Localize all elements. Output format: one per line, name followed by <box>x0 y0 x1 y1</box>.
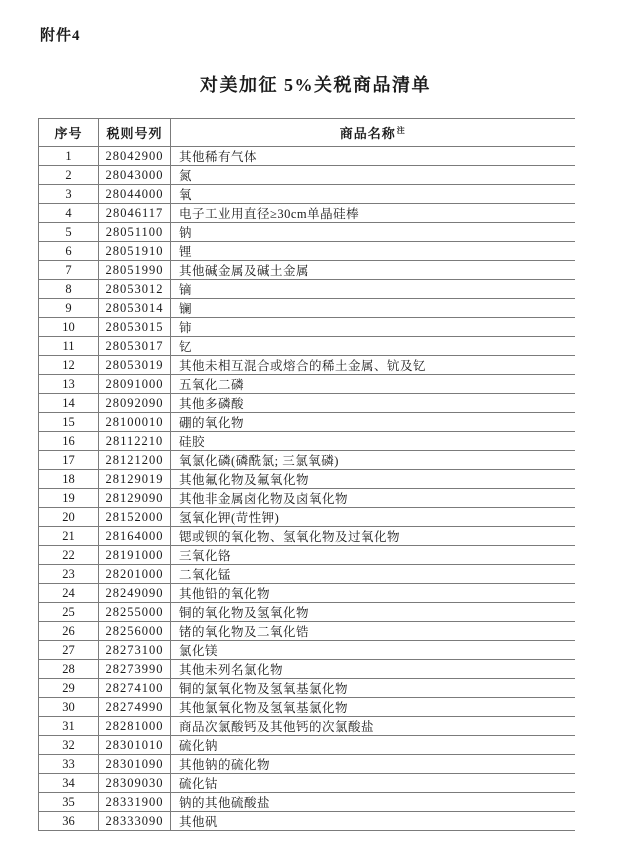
row-tariff-code: 28309030 <box>99 774 171 793</box>
row-product-name: 锶或钡的氧化物、氢氧化物及过氧化物 <box>171 527 575 546</box>
row-index: 7 <box>39 261 99 280</box>
table-row: 1228053019其他未相互混合或熔合的稀土金属、钪及钇 <box>39 356 575 375</box>
table-row: 2428249090其他铅的氧化物 <box>39 584 575 603</box>
col-header-code: 税则号列 <box>99 119 171 147</box>
row-index: 1 <box>39 147 99 166</box>
row-index: 12 <box>39 356 99 375</box>
row-tariff-code: 28256000 <box>99 622 171 641</box>
row-product-name: 其他氯氧化物及氢氧基氯化物 <box>171 698 575 717</box>
row-product-name: 锂 <box>171 242 575 261</box>
row-tariff-code: 28273100 <box>99 641 171 660</box>
row-index: 30 <box>39 698 99 717</box>
table-row: 3328301090其他钠的硫化物 <box>39 755 575 774</box>
row-tariff-code: 28053019 <box>99 356 171 375</box>
row-index: 9 <box>39 299 99 318</box>
table-row: 2528255000铜的氧化物及氢氧化物 <box>39 603 575 622</box>
row-product-name: 钠的其他硫酸盐 <box>171 793 575 812</box>
table-row: 428046117电子工业用直径≥30cm单晶硅棒 <box>39 204 575 223</box>
row-product-name: 钇 <box>171 337 575 356</box>
row-product-name: 铜的氧化物及氢氧化物 <box>171 603 575 622</box>
row-tariff-code: 28273990 <box>99 660 171 679</box>
row-product-name: 其他多磷酸 <box>171 394 575 413</box>
row-tariff-code: 28100010 <box>99 413 171 432</box>
table-row: 2728273100氯化镁 <box>39 641 575 660</box>
row-tariff-code: 28255000 <box>99 603 171 622</box>
table-row: 1328091000五氧化二磷 <box>39 375 575 394</box>
row-tariff-code: 28091000 <box>99 375 171 394</box>
row-tariff-code: 28053014 <box>99 299 171 318</box>
row-index: 36 <box>39 812 99 831</box>
row-index: 4 <box>39 204 99 223</box>
row-product-name: 二氧化锰 <box>171 565 575 584</box>
row-tariff-code: 28051990 <box>99 261 171 280</box>
table-row: 1728121200氧氯化磷(磷酰氯; 三氯氧磷) <box>39 451 575 470</box>
row-index: 28 <box>39 660 99 679</box>
row-tariff-code: 28201000 <box>99 565 171 584</box>
table-body: 128042900其他稀有气体228043000氮328044000氧42804… <box>39 147 575 831</box>
row-index: 26 <box>39 622 99 641</box>
table-row: 128042900其他稀有气体 <box>39 147 575 166</box>
row-tariff-code: 28053017 <box>99 337 171 356</box>
row-tariff-code: 28053015 <box>99 318 171 337</box>
row-product-name: 氯化镁 <box>171 641 575 660</box>
row-tariff-code: 28274990 <box>99 698 171 717</box>
table-row: 328044000氧 <box>39 185 575 204</box>
row-product-name: 氧氯化磷(磷酰氯; 三氯氧磷) <box>171 451 575 470</box>
row-product-name: 其他碱金属及碱土金属 <box>171 261 575 280</box>
row-product-name: 电子工业用直径≥30cm单晶硅棒 <box>171 204 575 223</box>
document-page: 附件4 对美加征 5%关税商品清单 序号 税则号列 商品名称注 12804290… <box>0 0 631 866</box>
row-tariff-code: 28164000 <box>99 527 171 546</box>
row-index: 11 <box>39 337 99 356</box>
row-index: 17 <box>39 451 99 470</box>
row-tariff-code: 28044000 <box>99 185 171 204</box>
row-index: 29 <box>39 679 99 698</box>
row-tariff-code: 28046117 <box>99 204 171 223</box>
row-product-name: 镧 <box>171 299 575 318</box>
row-index: 24 <box>39 584 99 603</box>
table-row: 2328201000二氧化锰 <box>39 565 575 584</box>
row-index: 14 <box>39 394 99 413</box>
table-row: 1928129090其他非金属卤化物及卤氧化物 <box>39 489 575 508</box>
table-row: 1628112210硅胶 <box>39 432 575 451</box>
attachment-label: 附件4 <box>40 24 81 45</box>
row-index: 32 <box>39 736 99 755</box>
row-tariff-code: 28053012 <box>99 280 171 299</box>
row-product-name: 锗的氧化物及二氧化锆 <box>171 622 575 641</box>
row-tariff-code: 28042900 <box>99 147 171 166</box>
row-product-name: 硫化钴 <box>171 774 575 793</box>
table-row: 2828273990其他未列名氯化物 <box>39 660 575 679</box>
col-header-name: 商品名称注 <box>171 119 575 147</box>
row-product-name: 氢氧化钾(苛性钾) <box>171 508 575 527</box>
row-product-name: 其他稀有气体 <box>171 147 575 166</box>
row-product-name: 其他未列名氯化物 <box>171 660 575 679</box>
table-row: 228043000氮 <box>39 166 575 185</box>
row-tariff-code: 28191000 <box>99 546 171 565</box>
row-index: 34 <box>39 774 99 793</box>
table-header-row: 序号 税则号列 商品名称注 <box>39 119 575 147</box>
row-index: 19 <box>39 489 99 508</box>
row-product-name: 氧 <box>171 185 575 204</box>
table-row: 628051910锂 <box>39 242 575 261</box>
row-product-name: 铈 <box>171 318 575 337</box>
row-tariff-code: 28152000 <box>99 508 171 527</box>
row-index: 20 <box>39 508 99 527</box>
row-index: 21 <box>39 527 99 546</box>
row-index: 33 <box>39 755 99 774</box>
table-row: 828053012镝 <box>39 280 575 299</box>
row-index: 5 <box>39 223 99 242</box>
table-row: 1028053015铈 <box>39 318 575 337</box>
row-product-name: 三氧化铬 <box>171 546 575 565</box>
table-row: 728051990其他碱金属及碱土金属 <box>39 261 575 280</box>
table-row: 1828129019其他氟化物及氟氧化物 <box>39 470 575 489</box>
row-tariff-code: 28043000 <box>99 166 171 185</box>
row-product-name: 钠 <box>171 223 575 242</box>
row-index: 6 <box>39 242 99 261</box>
row-product-name: 镝 <box>171 280 575 299</box>
row-product-name: 其他氟化物及氟氧化物 <box>171 470 575 489</box>
row-tariff-code: 28301090 <box>99 755 171 774</box>
row-product-name: 其他矾 <box>171 812 575 831</box>
row-product-name: 其他非金属卤化物及卤氧化物 <box>171 489 575 508</box>
row-product-name: 其他铅的氧化物 <box>171 584 575 603</box>
row-tariff-code: 28092090 <box>99 394 171 413</box>
table-row: 1128053017钇 <box>39 337 575 356</box>
row-index: 22 <box>39 546 99 565</box>
tariff-table: 序号 税则号列 商品名称注 128042900其他稀有气体228043000氮3… <box>38 118 575 831</box>
table-row: 2028152000氢氧化钾(苛性钾) <box>39 508 575 527</box>
row-tariff-code: 28333090 <box>99 812 171 831</box>
row-index: 2 <box>39 166 99 185</box>
table-row: 928053014镧 <box>39 299 575 318</box>
row-index: 15 <box>39 413 99 432</box>
row-product-name: 其他钠的硫化物 <box>171 755 575 774</box>
row-index: 27 <box>39 641 99 660</box>
page-title: 对美加征 5%关税商品清单 <box>0 71 631 97</box>
row-product-name: 其他未相互混合或熔合的稀土金属、钪及钇 <box>171 356 575 375</box>
row-index: 8 <box>39 280 99 299</box>
row-tariff-code: 28112210 <box>99 432 171 451</box>
row-product-name: 硼的氧化物 <box>171 413 575 432</box>
row-index: 16 <box>39 432 99 451</box>
col-header-index: 序号 <box>39 119 99 147</box>
row-index: 10 <box>39 318 99 337</box>
table-row: 2928274100铜的氯氧化物及氢氧基氯化物 <box>39 679 575 698</box>
row-index: 18 <box>39 470 99 489</box>
row-product-name: 五氧化二磷 <box>171 375 575 394</box>
row-index: 3 <box>39 185 99 204</box>
table-row: 1528100010硼的氧化物 <box>39 413 575 432</box>
row-tariff-code: 28249090 <box>99 584 171 603</box>
table-row: 3428309030硫化钴 <box>39 774 575 793</box>
row-tariff-code: 28129019 <box>99 470 171 489</box>
row-tariff-code: 28301010 <box>99 736 171 755</box>
row-tariff-code: 28281000 <box>99 717 171 736</box>
row-tariff-code: 28129090 <box>99 489 171 508</box>
table-row: 3528331900钠的其他硫酸盐 <box>39 793 575 812</box>
row-tariff-code: 28121200 <box>99 451 171 470</box>
row-index: 23 <box>39 565 99 584</box>
table-row: 2228191000三氧化铬 <box>39 546 575 565</box>
row-product-name: 氮 <box>171 166 575 185</box>
table-row: 2128164000锶或钡的氧化物、氢氧化物及过氧化物 <box>39 527 575 546</box>
row-index: 35 <box>39 793 99 812</box>
row-tariff-code: 28331900 <box>99 793 171 812</box>
note-superscript: 注 <box>397 126 406 135</box>
row-index: 13 <box>39 375 99 394</box>
row-product-name: 商品次氯酸钙及其他钙的次氯酸盐 <box>171 717 575 736</box>
table-row: 3128281000商品次氯酸钙及其他钙的次氯酸盐 <box>39 717 575 736</box>
row-product-name: 硫化钠 <box>171 736 575 755</box>
table-row: 1428092090其他多磷酸 <box>39 394 575 413</box>
col-header-name-text: 商品名称 <box>340 126 396 141</box>
row-index: 31 <box>39 717 99 736</box>
row-index: 25 <box>39 603 99 622</box>
row-tariff-code: 28051100 <box>99 223 171 242</box>
row-tariff-code: 28051910 <box>99 242 171 261</box>
table-row: 3228301010硫化钠 <box>39 736 575 755</box>
row-tariff-code: 28274100 <box>99 679 171 698</box>
row-product-name: 硅胶 <box>171 432 575 451</box>
table-row: 3628333090其他矾 <box>39 812 575 831</box>
table-row: 3028274990其他氯氧化物及氢氧基氯化物 <box>39 698 575 717</box>
table-row: 2628256000锗的氧化物及二氧化锆 <box>39 622 575 641</box>
table-row: 528051100钠 <box>39 223 575 242</box>
row-product-name: 铜的氯氧化物及氢氧基氯化物 <box>171 679 575 698</box>
